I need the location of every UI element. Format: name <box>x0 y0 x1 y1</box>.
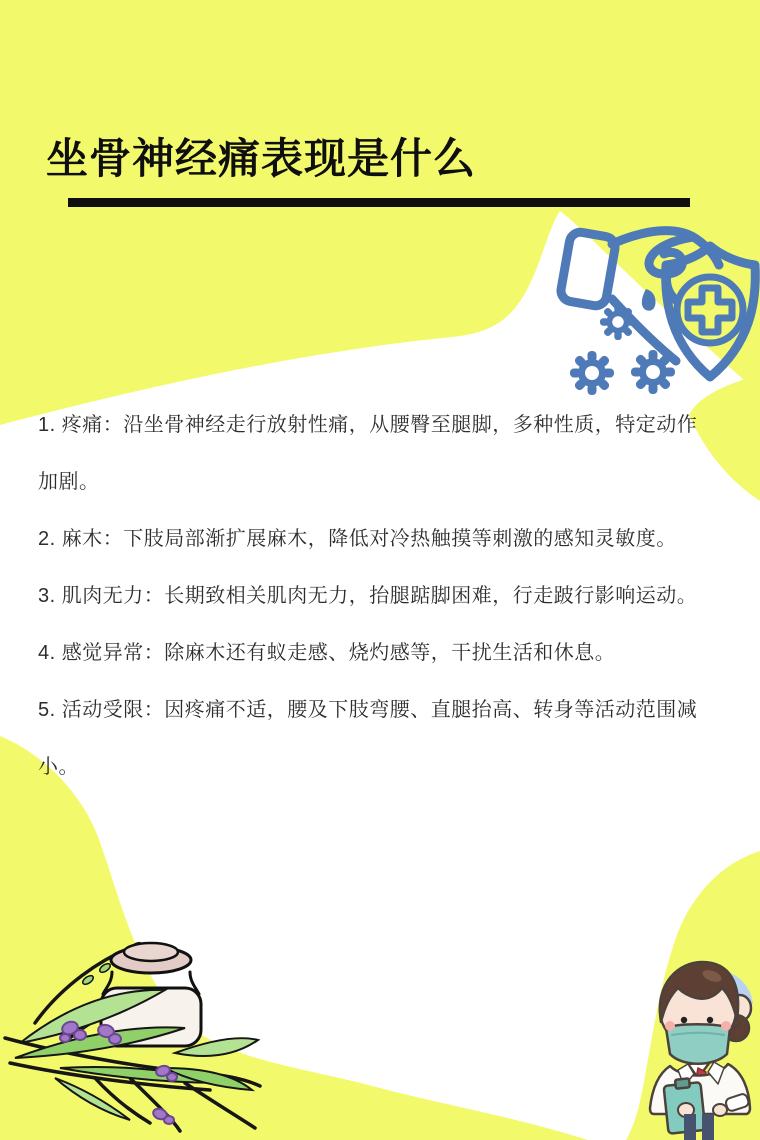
doctor-with-mask-illustration <box>640 938 760 1140</box>
symptom-line: 3. 肌肉无力：长期致相关肌肉无力，抬腿踮脚困难，行走跛行影响运动。 <box>38 565 697 622</box>
germ-icon <box>631 350 675 394</box>
germ-icon <box>570 351 614 395</box>
leg <box>684 1114 696 1140</box>
hand-with-medical-shield-and-germs-icon <box>540 205 760 415</box>
germ-icon <box>600 304 636 340</box>
herbal-plant-and-bottle-illustration <box>0 928 280 1140</box>
symptom-line: 小。 <box>38 736 697 793</box>
page-title: 坐骨神经痛表现是什么 <box>46 126 476 186</box>
eye <box>681 1017 687 1023</box>
symptom-line: 加剧。 <box>38 451 697 508</box>
blush <box>721 1021 731 1031</box>
blush <box>665 1021 675 1031</box>
leg <box>702 1114 714 1140</box>
symptom-line: 5. 活动受限：因疼痛不适，腰及下肢弯腰、直腿抬高、转身等活动范围减 <box>38 679 697 736</box>
infographic-canvas: 坐骨神经痛表现是什么 <box>0 0 760 1140</box>
medical-shield-cross-icon <box>666 246 756 377</box>
symptom-line: 2. 麻木：下肢局部渐扩展麻木，降低对冷热触摸等刺激的感知灵敏度。 <box>38 508 697 565</box>
hand <box>713 1104 727 1116</box>
symptom-line: 1. 疼痛：沿坐骨神经走行放射性痛，从腰臀至腿脚，多种性质，特定动作 <box>38 394 697 451</box>
symptom-list: 1. 疼痛：沿坐骨神经走行放射性痛，从腰臀至腿脚，多种性质，特定动作 加剧。 2… <box>38 394 697 793</box>
face-mask <box>666 1024 730 1064</box>
symptom-line: 4. 感觉异常：除麻木还有蚁走感、烧灼感等，干扰生活和休息。 <box>38 622 697 679</box>
eye <box>707 1017 713 1023</box>
